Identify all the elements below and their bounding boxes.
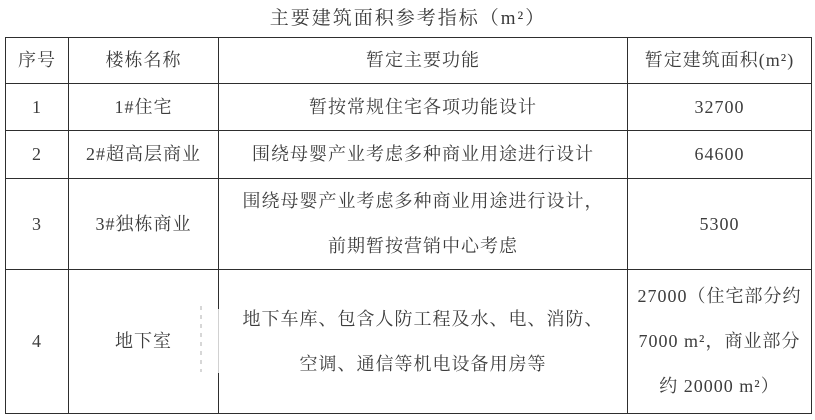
- header-cell-no: 序号: [6, 38, 69, 84]
- table-row: 1 1#住宅 暂按常规住宅各项功能设计 32700: [6, 84, 812, 131]
- cell-function: 围绕母婴产业考虑多种商业用途进行设计， 前期暂按营销中心考虑: [219, 179, 628, 270]
- cell-no: 3: [6, 179, 69, 270]
- cell-building-name: 地下室: [69, 270, 219, 414]
- header-cell-area: 暂定建筑面积(m²): [628, 38, 812, 84]
- cell-area: 27000（住宅部分约 7000 m²，商业部分 约 20000 m²）: [628, 270, 812, 414]
- cell-building-name: 2#超高层商业: [69, 131, 219, 179]
- cell-area: 32700: [628, 84, 812, 131]
- cell-building-name: 1#住宅: [69, 84, 219, 131]
- document-page: 主要建筑面积参考指标（m²） 序号 楼栋名称 暂定主要功能 暂定建筑面积(m²)…: [0, 0, 815, 420]
- cell-building-name: 3#独栋商业: [69, 179, 219, 270]
- table-header-row: 序号 楼栋名称 暂定主要功能 暂定建筑面积(m²): [6, 38, 812, 84]
- cell-no: 4: [6, 270, 69, 414]
- table-row: 3 3#独栋商业 围绕母婴产业考虑多种商业用途进行设计， 前期暂按营销中心考虑 …: [6, 179, 812, 270]
- cell-area: 64600: [628, 131, 812, 179]
- table-row: 4 地下室 地下车库、包含人防工程及水、电、消防、 空调、通信等机电设备用房等 …: [6, 270, 812, 414]
- document-title: 主要建筑面积参考指标（m²）: [5, 6, 811, 32]
- cell-function: 暂按常规住宅各项功能设计: [219, 84, 628, 131]
- header-cell-function: 暂定主要功能: [219, 38, 628, 84]
- header-cell-building-name: 楼栋名称: [69, 38, 219, 84]
- cell-no: 1: [6, 84, 69, 131]
- cell-function: 地下车库、包含人防工程及水、电、消防、 空调、通信等机电设备用房等: [219, 270, 628, 414]
- cell-area: 5300: [628, 179, 812, 270]
- building-area-table: 序号 楼栋名称 暂定主要功能 暂定建筑面积(m²) 1 1#住宅 暂按常规住宅各…: [5, 37, 812, 414]
- table-row: 2 2#超高层商业 围绕母婴产业考虑多种商业用途进行设计 64600: [6, 131, 812, 179]
- cell-function: 围绕母婴产业考虑多种商业用途进行设计: [219, 131, 628, 179]
- cell-no: 2: [6, 131, 69, 179]
